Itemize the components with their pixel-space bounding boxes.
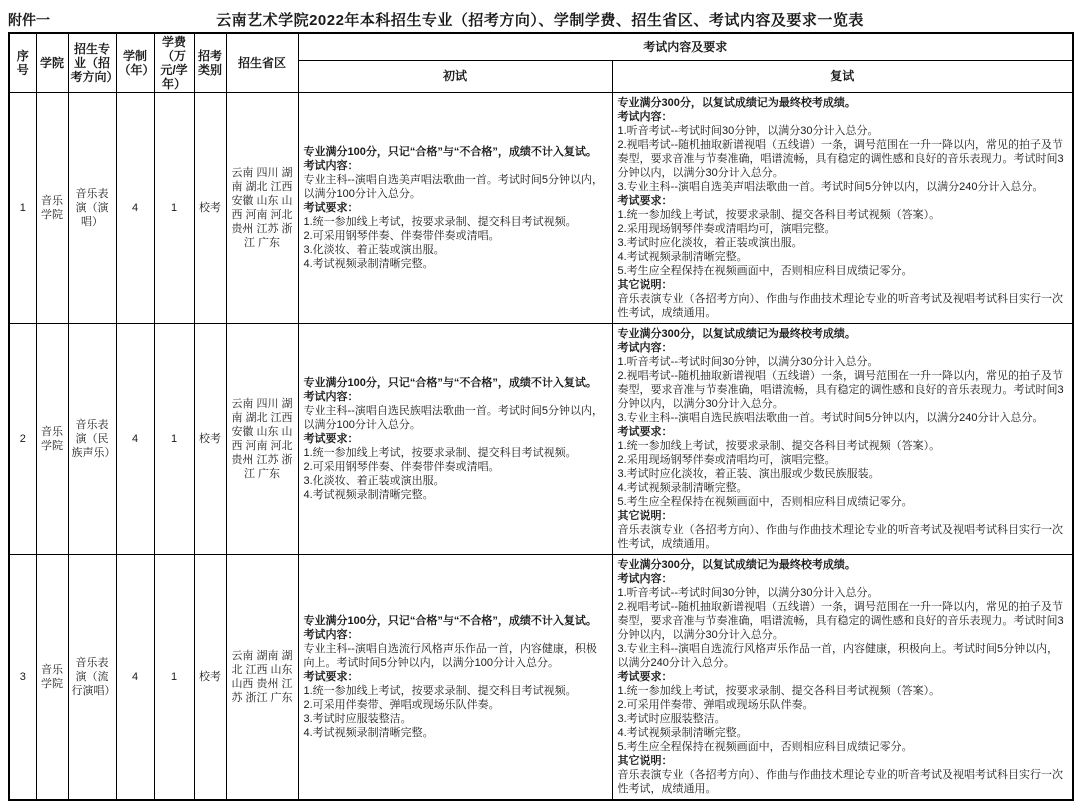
exam-line: 1.听音考试--考试时间30分钟，以满分30分计入总分。 [618,355,1068,369]
exam-line: 专业满分100分，只记“合格”与“不合格”，成绩不计入复试。 [304,145,607,159]
exam-line: 3.考试时应化淡妆，着正装、演出服或少数民族服装。 [618,467,1068,481]
cell-exam-type: 校考 [194,324,226,555]
header-provinces: 招生省区 [226,33,298,93]
exam-line: 考试要求： [618,670,1068,684]
header-first-exam: 初试 [298,60,612,92]
exam-line: 专业满分300分，以复试成绩记为最终校考成绩。 [618,327,1068,341]
exam-line: 3.专业主科--演唱自选美声唱法歌曲一首。考试时间5分钟以内，以满分240分计入… [618,180,1068,194]
exam-line: 1.听音考试--考试时间30分钟，以满分30分计入总分。 [618,586,1068,600]
exam-line: 考试内容： [618,572,1068,586]
document-page: 附件一 云南艺术学院2022年本科招生专业（招考方向）、学制学费、招生省区、考试… [0,0,1080,724]
exam-line: 考试要求： [304,201,607,215]
cell-no: 1 [9,93,36,324]
table-row: 2音乐学院音乐表演（民族声乐）41校考云南 四川 湖南 湖北 江西 安徽 山东 … [9,324,1073,555]
exam-line: 考试要求： [618,194,1068,208]
exam-line: 考试内容： [304,628,607,642]
cell-years: 4 [116,324,154,555]
exam-line: 3.化淡妆、着正装或演出服。 [304,243,607,257]
exam-line: 1.统一参加线上考试，按要求录制、提交科目考试视频。 [304,215,607,229]
exam-line: 考试要求： [304,432,607,446]
cell-tuition: 1 [154,93,194,324]
cell-first-exam: 专业满分100分，只记“合格”与“不合格”，成绩不计入复试。考试内容：专业主科-… [298,324,612,555]
exam-line: 5.考生应全程保持在视频画面中，否则相应科目成绩记零分。 [618,740,1068,754]
exam-line: 考试要求： [304,670,607,684]
cell-exam-type: 校考 [194,555,226,801]
cell-major: 音乐表演（流行演唱） [68,555,116,801]
exam-line: 1.听音考试--考试时间30分钟，以满分30分计入总分。 [618,124,1068,138]
exam-line: 4.考试视频录制清晰完整。 [304,488,607,502]
exam-line: 2.可采用钢琴伴奏、伴奏带伴奏或清唱。 [304,460,607,474]
cell-tuition: 1 [154,324,194,555]
exam-line: 4.考试视频录制清晰完整。 [618,726,1068,740]
exam-line: 专业满分100分，只记“合格”与“不合格”，成绩不计入复试。 [304,376,607,390]
attachment-label: 附件一 [8,10,50,30]
cell-second-exam: 专业满分300分，以复试成绩记为最终校考成绩。考试内容：1.听音考试--考试时间… [612,93,1073,324]
exam-line: 音乐表演专业（各招考方向）、作曲与作曲技术理论专业的听音考试及视唱考试科目实行一… [618,768,1068,796]
exam-line: 考试要求： [618,425,1068,439]
exam-line: 其它说明： [618,278,1068,292]
exam-line: 考试内容： [618,341,1068,355]
header-tuition: 学费（万元/学年） [154,33,194,93]
cell-college: 音乐学院 [36,93,68,324]
exam-line: 考试内容： [304,390,607,404]
cell-first-exam: 专业满分100分，只记“合格”与“不合格”，成绩不计入复试。考试内容：专业主科-… [298,93,612,324]
table-header: 序号 学院 招生专业（招考方向） 学制（年） 学费（万元/学年） 招考类别 招生… [9,33,1073,93]
exam-line: 1.统一参加线上考试，按要求录制、提交各科目考试视频（答案）。 [618,684,1068,698]
exam-line: 1.统一参加线上考试，按要求录制、提交科目考试视频。 [304,684,607,698]
document-header: 附件一 云南艺术学院2022年本科招生专业（招考方向）、学制学费、招生省区、考试… [8,6,1072,30]
admissions-table: 序号 学院 招生专业（招考方向） 学制（年） 学费（万元/学年） 招考类别 招生… [8,32,1074,801]
exam-line: 5.考生应全程保持在视频画面中，否则相应科目成绩记零分。 [618,495,1068,509]
exam-line: 3.化淡妆、着正装或演出服。 [304,474,607,488]
exam-line: 3.考试时应服装整洁。 [304,712,607,726]
exam-line: 4.考试视频录制清晰完整。 [304,257,607,271]
exam-line: 专业主科--演唱自选美声唱法歌曲一首。考试时间5分钟以内，以满分100分计入总分… [304,173,607,201]
cell-second-exam: 专业满分300分，以复试成绩记为最终校考成绩。考试内容：1.听音考试--考试时间… [612,324,1073,555]
exam-line: 专业主科--演唱自选流行风格声乐作品一首，内容健康，积极向上。考试时间5分钟以内… [304,642,607,670]
table-row: 1音乐学院音乐表演（演唱）41校考云南 四川 湖南 湖北 江西 安徽 山东 山西… [9,93,1073,324]
exam-line: 1.统一参加线上考试，按要求录制、提交各科目考试视频（答案）。 [618,208,1068,222]
exam-line: 考试内容： [618,110,1068,124]
cell-college: 音乐学院 [36,555,68,801]
header-years: 学制（年） [116,33,154,93]
exam-line: 3.考试时应化淡妆，着正装或演出服。 [618,236,1068,250]
cell-no: 3 [9,555,36,801]
cell-college: 音乐学院 [36,324,68,555]
exam-line: 专业满分300分，以复试成绩记为最终校考成绩。 [618,558,1068,572]
exam-line: 音乐表演专业（各招考方向）、作曲与作曲技术理论专业的听音考试及视唱考试科目实行一… [618,292,1068,320]
exam-line: 其它说明： [618,754,1068,768]
table-row: 3音乐学院音乐表演（流行演唱）41校考云南 湖南 湖北 江西 山东 山西 贵州 … [9,555,1073,801]
exam-line: 2.视唱考试--随机抽取新谱视唱（五线谱）一条，调号范围在一升一降以内，常见的拍… [618,369,1068,411]
cell-major: 音乐表演（演唱） [68,93,116,324]
exam-line: 2.视唱考试--随机抽取新谱视唱（五线谱）一条，调号范围在一升一降以内，常见的拍… [618,138,1068,180]
exam-line: 音乐表演专业（各招考方向）、作曲与作曲技术理论专业的听音考试及视唱考试科目实行一… [618,523,1068,551]
exam-line: 考试内容： [304,159,607,173]
exam-line: 2.采用现场钢琴伴奏或清唱均可，演唱完整。 [618,222,1068,236]
header-no: 序号 [9,33,36,93]
cell-years: 4 [116,555,154,801]
cell-first-exam: 专业满分100分，只记“合格”与“不合格”，成绩不计入复试。考试内容：专业主科-… [298,555,612,801]
exam-line: 4.考试视频录制清晰完整。 [304,726,607,740]
exam-line: 5.考生应全程保持在视频画面中，否则相应科目成绩记零分。 [618,264,1068,278]
cell-provinces: 云南 湖南 湖北 江西 山东 山西 贵州 江苏 浙江 广东 [226,555,298,801]
exam-line: 专业满分300分，以复试成绩记为最终校考成绩。 [618,96,1068,110]
cell-tuition: 1 [154,555,194,801]
exam-line: 1.统一参加线上考试，按要求录制、提交科目考试视频。 [304,446,607,460]
exam-line: 2.可采用钢琴伴奏、伴奏带伴奏或清唱。 [304,229,607,243]
cell-second-exam: 专业满分300分，以复试成绩记为最终校考成绩。考试内容：1.听音考试--考试时间… [612,555,1073,801]
exam-line: 2.采用现场钢琴伴奏或清唱均可，演唱完整。 [618,453,1068,467]
exam-line: 2.视唱考试--随机抽取新谱视唱（五线谱）一条，调号范围在一升一降以内，常见的拍… [618,600,1068,642]
header-college: 学院 [36,33,68,93]
page-title: 云南艺术学院2022年本科招生专业（招考方向）、学制学费、招生省区、考试内容及要… [8,6,1072,30]
exam-line: 4.考试视频录制清晰完整。 [618,250,1068,264]
header-exam-group: 考试内容及要求 [298,33,1073,60]
cell-years: 4 [116,93,154,324]
header-major: 招生专业（招考方向） [68,33,116,93]
header-exam-type: 招考类别 [194,33,226,93]
exam-line: 3.专业主科--演唱自选流行风格声乐作品一首，内容健康，积极向上。考试时间5分钟… [618,642,1068,670]
table-body: 1音乐学院音乐表演（演唱）41校考云南 四川 湖南 湖北 江西 安徽 山东 山西… [9,93,1073,801]
exam-line: 其它说明： [618,509,1068,523]
exam-line: 1.统一参加线上考试，按要求录制、提交各科目考试视频（答案）。 [618,439,1068,453]
exam-line: 专业满分100分，只记“合格”与“不合格”，成绩不计入复试。 [304,614,607,628]
cell-exam-type: 校考 [194,93,226,324]
exam-line: 2.可采用伴奏带、弹唱或现场乐队伴奏。 [304,698,607,712]
exam-line: 专业主科--演唱自选民族唱法歌曲一首。考试时间5分钟以内，以满分100分计入总分… [304,404,607,432]
cell-no: 2 [9,324,36,555]
cell-major: 音乐表演（民族声乐） [68,324,116,555]
exam-line: 3.专业主科--演唱自选民族唱法歌曲一首。考试时间5分钟以内，以满分240分计入… [618,411,1068,425]
cell-provinces: 云南 四川 湖南 湖北 江西 安徽 山东 山西 河南 河北 贵州 江苏 浙江 广… [226,93,298,324]
cell-provinces: 云南 四川 湖南 湖北 江西 安徽 山东 山西 河南 河北 贵州 江苏 浙江 广… [226,324,298,555]
header-second-exam: 复试 [612,60,1073,92]
exam-line: 2.可采用伴奏带、弹唱或现场乐队伴奏。 [618,698,1068,712]
exam-line: 4.考试视频录制清晰完整。 [618,481,1068,495]
exam-line: 3.考试时应服装整洁。 [618,712,1068,726]
